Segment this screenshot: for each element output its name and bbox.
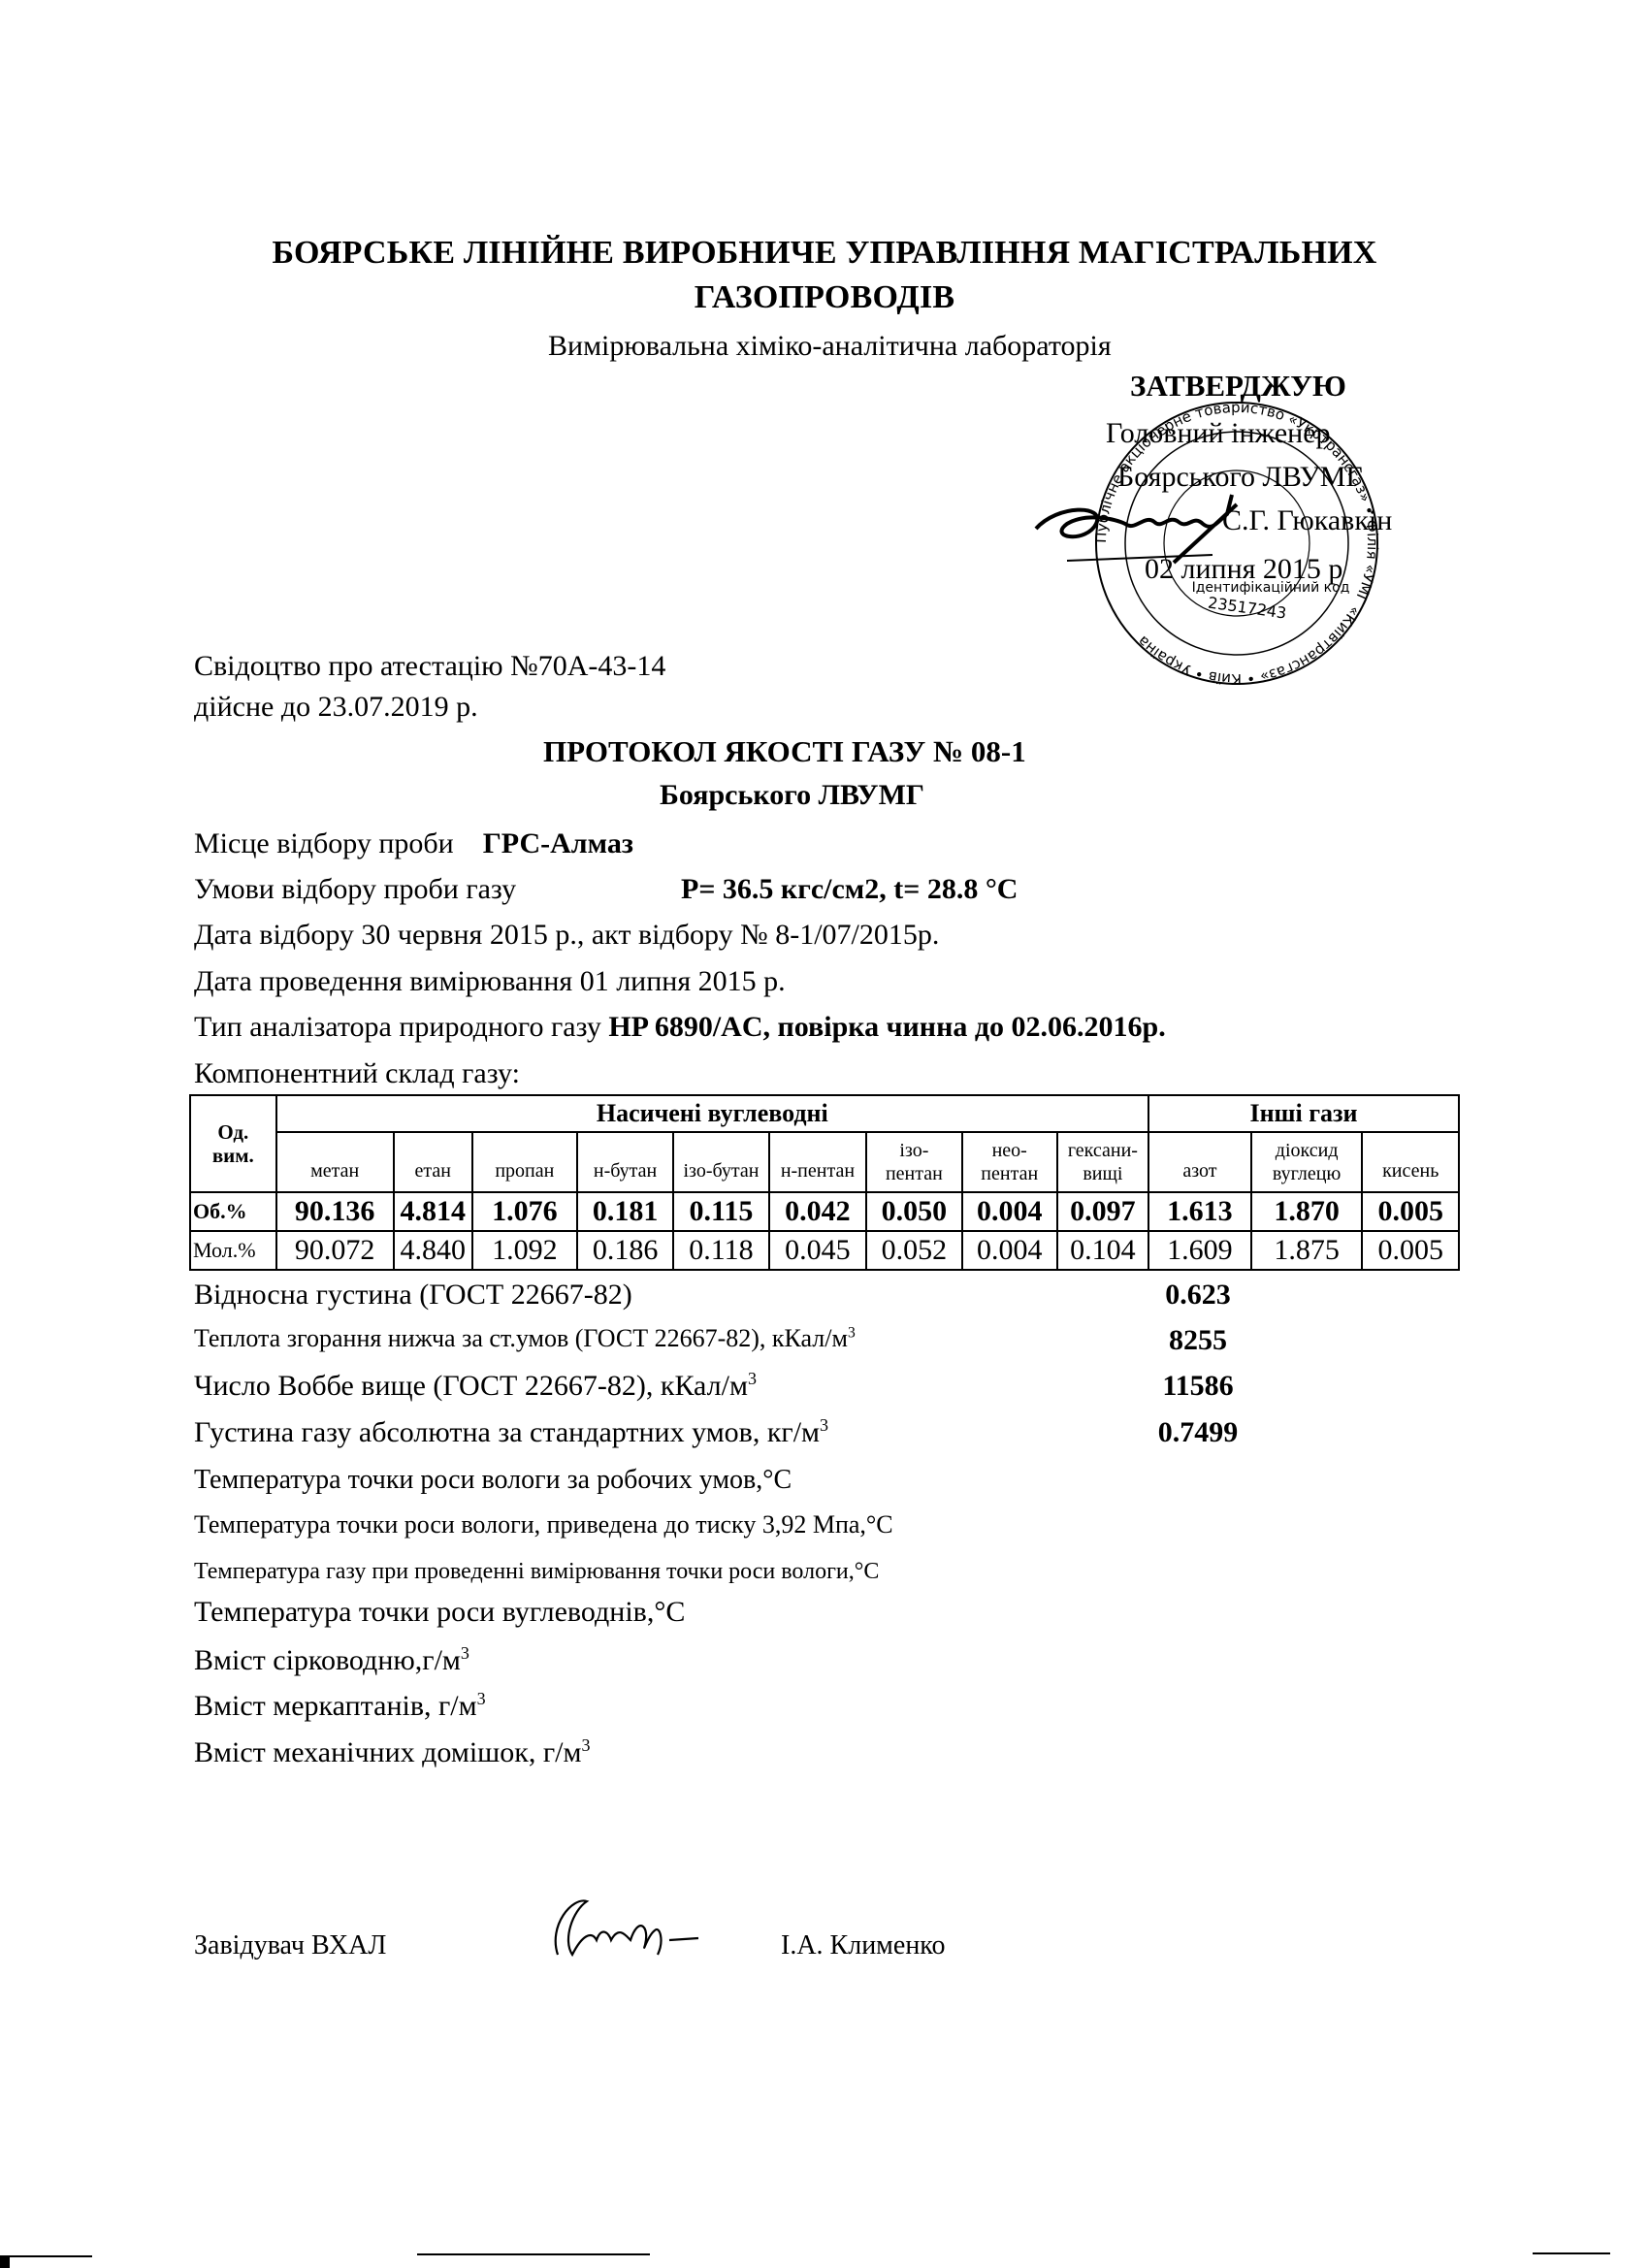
component-header: гексани-вищі	[1057, 1132, 1148, 1192]
group-other-gases: Інші гази	[1148, 1095, 1459, 1132]
property-label: Теплота згорання нижча за ст.умов (ГОСТ …	[194, 1324, 856, 1353]
component-header: ізо-бутан	[673, 1132, 768, 1192]
approval-date: 02 липня 2015 р	[1145, 553, 1342, 586]
table-cell: 0.004	[962, 1231, 1057, 1270]
component-header: н-пентан	[769, 1132, 867, 1192]
table-cell: 0.004	[962, 1192, 1057, 1231]
sampling-place-value: ГРС-Алмаз	[483, 827, 633, 859]
scan-artifact-line	[417, 2253, 650, 2255]
property-value: 11586	[1154, 1370, 1242, 1403]
sampling-date: Дата відбору 30 червня 2015 р., акт відб…	[194, 919, 939, 952]
component-header: діоксидвуглецю	[1251, 1132, 1363, 1192]
org-title-line2: ГАЗОПРОВОДІВ	[0, 279, 1649, 316]
property-label: Вміст меркаптанів, г/м3	[194, 1690, 486, 1723]
component-header-row: метанетанпропанн-бутанізо-бутанн-пентані…	[190, 1132, 1459, 1192]
component-header: метан	[276, 1132, 394, 1192]
table-cell: 90.072	[276, 1231, 394, 1270]
head-of-lab-name: І.А. Клименко	[781, 1930, 946, 1961]
property-label: Температура газу при проведенні вимірюва…	[194, 1559, 879, 1585]
property-label: Температура точки роси вологи, приведена…	[194, 1510, 893, 1539]
analyzer-value: HP 6890/AC, повірка чинна до 02.06.2016р…	[608, 1011, 1165, 1043]
table-row: Мол.%90.0724.8401.0920.1860.1180.0450.05…	[190, 1231, 1459, 1270]
analyzer-type: Тип аналізатора природного газу HP 6890/…	[194, 1011, 1166, 1044]
table-cell: 1.613	[1148, 1192, 1251, 1231]
property-label: Вміст механічних домішок, г/м3	[194, 1736, 590, 1769]
property-label: Температура точки роси вологи за робочих…	[194, 1465, 792, 1496]
property-value: 0.623	[1154, 1279, 1242, 1312]
property-label: Густина газу абсолютна за стандартних ум…	[194, 1416, 828, 1449]
table-cell: 1.609	[1148, 1231, 1251, 1270]
table-cell: 0.186	[577, 1231, 673, 1270]
property-value: 8255	[1154, 1324, 1242, 1357]
property-label: Відносна густина (ГОСТ 22667-82)	[194, 1279, 632, 1312]
head-of-lab-position: Завідувач ВХАЛ	[194, 1930, 386, 1961]
sampling-conditions-label: Умови відбору проби газу	[194, 873, 516, 906]
approval-name: С.Г. Гюкавкін	[1222, 504, 1392, 537]
table-cell: 1.875	[1251, 1231, 1363, 1270]
approval-title: ЗАТВЕРДЖУЮ	[1130, 369, 1346, 404]
component-header: ізо-пентан	[866, 1132, 961, 1192]
protocol-title: ПРОТОКОЛ ЯКОСТІ ГАЗУ № 08-1	[543, 734, 1026, 769]
component-header: пропан	[472, 1132, 577, 1192]
table-cell: 4.814	[394, 1192, 472, 1231]
property-label: Число Воббе вище (ГОСТ 22667-82), кКал/м…	[194, 1370, 757, 1403]
table-cell: 0.104	[1057, 1231, 1148, 1270]
component-header: етан	[394, 1132, 472, 1192]
protocol-subtitle: Боярського ЛВУМГ	[660, 779, 924, 812]
component-header: н-бутан	[577, 1132, 673, 1192]
gas-composition-table: Од.вим. Насичені вуглеводні Інші гази ме…	[189, 1094, 1460, 1271]
group-saturated-hydrocarbons: Насичені вуглеводні	[276, 1095, 1148, 1132]
table-cell: 0.005	[1362, 1231, 1459, 1270]
table-cell: 1.870	[1251, 1192, 1363, 1231]
component-header: азот	[1148, 1132, 1251, 1192]
table-cell: 0.045	[769, 1231, 867, 1270]
property-label: Температура точки роси вуглеводнів,°С	[194, 1596, 685, 1629]
table-cell: 0.115	[673, 1192, 768, 1231]
row-unit: Об.%	[190, 1192, 276, 1231]
scan-artifact-mark	[0, 2255, 10, 2268]
sampling-place: Місце відбору проби ГРС-Алмаз	[194, 827, 633, 860]
table-cell: 1.076	[472, 1192, 577, 1231]
table-cell: 0.118	[673, 1231, 768, 1270]
approval-position: Головний інженер	[1106, 417, 1331, 450]
table-cell: 0.181	[577, 1192, 673, 1231]
certificate-number: Свідоцтво про атестацію №70А-43-14	[194, 650, 665, 683]
scan-artifact-line	[1533, 2252, 1610, 2254]
table-cell: 4.840	[394, 1231, 472, 1270]
table-cell: 1.092	[472, 1231, 577, 1270]
measurement-date: Дата проведення вимірювання 01 липня 201…	[194, 965, 786, 998]
component-header: кисень	[1362, 1132, 1459, 1192]
table-cell: 0.052	[866, 1231, 961, 1270]
table-cell: 90.136	[276, 1192, 394, 1231]
stamp-code: 23517243	[1207, 593, 1287, 622]
component-header: нео-пентан	[962, 1132, 1057, 1192]
table-cell: 0.042	[769, 1192, 867, 1231]
unit-header: Од.вим.	[190, 1095, 276, 1192]
certificate-validity: дійсне до 23.07.2019 р.	[194, 691, 478, 724]
sampling-conditions-value: P= 36.5 кгс/см2, t= 28.8 °С	[681, 873, 1018, 906]
sampling-place-label: Місце відбору проби	[194, 827, 454, 859]
table-cell: 0.097	[1057, 1192, 1148, 1231]
composition-label: Компонентний склад газу:	[194, 1057, 520, 1090]
org-title-line1: БОЯРСЬКЕ ЛІНІЙНЕ ВИРОБНИЧЕ УПРАВЛІННЯ МА…	[0, 235, 1649, 272]
table-row: Об.%90.1364.8141.0760.1810.1150.0420.050…	[190, 1192, 1459, 1231]
analyzer-label: Тип аналізатора природного газу	[194, 1011, 601, 1043]
row-unit: Мол.%	[190, 1231, 276, 1270]
property-label: Вміст сірководню,г/м3	[194, 1644, 469, 1677]
table-cell: 0.050	[866, 1192, 961, 1231]
lab-name: Вимірювальна хіміко-аналітична лаборатор…	[548, 330, 1112, 363]
scan-artifact-line	[0, 2255, 92, 2257]
table-cell: 0.005	[1362, 1192, 1459, 1231]
head-signature-icon	[533, 1887, 747, 1964]
property-value: 0.7499	[1154, 1416, 1242, 1449]
